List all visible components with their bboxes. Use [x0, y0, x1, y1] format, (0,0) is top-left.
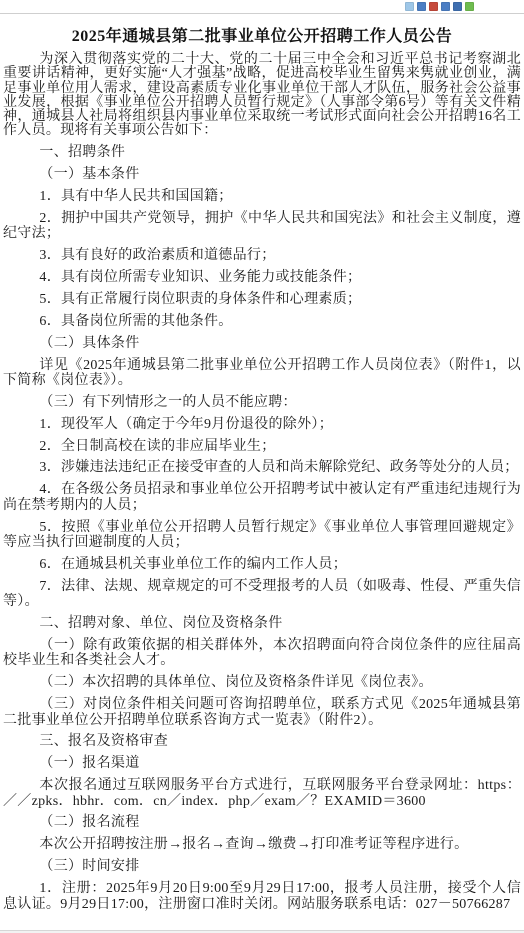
sub-heading: （三）时间安排	[3, 859, 521, 874]
paragraph: 2．全日制高校在读的非应届毕业生；	[3, 439, 521, 454]
share-icon-5[interactable]	[453, 2, 462, 11]
sub-heading: （一）基本条件	[3, 167, 521, 182]
paragraph: 2．拥护中国共产党领导，拥护《中华人民共和国宪法》和社会主义制度，遵纪守法；	[3, 211, 521, 242]
paragraph: 1．现役军人（确定于今年9月份退役的除外）；	[3, 417, 521, 432]
paragraph: 1．具有中华人民共和国国籍；	[3, 189, 521, 204]
announcement-page: { "toolbar": { "share_icons": [ { "name"…	[0, 0, 524, 933]
sub-heading: （二）具体条件	[3, 336, 521, 351]
paragraph: 3．具有良好的政治素质和道德品行；	[3, 248, 521, 263]
paragraph: 详见《2025年通城县第二批事业单位公开招聘工作人员岗位表》（附件1，以下简称《…	[3, 358, 521, 389]
paragraph: 3．涉嫌违法违纪正在接受审查的人员和尚未解除党纪、政务等处分的人员；	[3, 460, 521, 475]
paragraph: 6．在通城县机关事业单位工作的编内工作人员；	[3, 557, 521, 572]
sub-heading: （一）报名渠道	[3, 756, 521, 771]
share-icon-3[interactable]	[429, 2, 438, 11]
paragraph-registration-url: 本次报名通过互联网服务平台方式进行，互联网服务平台登录网址：https：／／zp…	[3, 778, 521, 809]
share-icon-4[interactable]	[441, 2, 450, 11]
sub-heading: （三）有下列情形之一的人员不能应聘：	[3, 395, 521, 410]
section-heading-3: 三、报名及资格审查	[3, 734, 521, 749]
share-icon-6[interactable]	[465, 2, 474, 11]
share-icon-2[interactable]	[417, 2, 426, 11]
paragraph: 4．具有岗位所需专业知识、业务能力或技能条件；	[3, 270, 521, 285]
page-title: 2025年通城县第二批事业单位公开招聘工作人员公告	[3, 23, 521, 46]
paragraph: （二）本次招聘的具体单位、岗位及资格条件详见《岗位表》。	[3, 675, 521, 690]
announcement-document: 2025年通城县第二批事业单位公开招聘工作人员公告 为深入贯彻落实党的二十大、党…	[0, 23, 524, 912]
paragraph-intro: 为深入贯彻落实党的二十大、党的二十届三中全会和习近平总书记考察湖北重要讲话精神，…	[3, 53, 521, 139]
paragraph: （三）对岗位条件相关问题可咨询招聘单位，联系方式见《2025年通城县第二批事业单…	[3, 697, 521, 728]
section-heading-1: 一、招聘条件	[3, 145, 521, 160]
paragraph: 4．在各级公务员招录和事业单位公开招聘考试中被认定有严重违纪违规行为尚在禁考期内…	[3, 482, 521, 513]
paragraph: 本次公开招聘按注册→报名→查询→缴费→打印准考证等程序进行。	[3, 837, 521, 852]
sub-heading: （二）报名流程	[3, 815, 521, 830]
paragraph: 7．法律、法规、规章规定的可不受理报考的人员（如吸毒、性侵、严重失信等）。	[3, 579, 521, 610]
paragraph: 5．按照《事业单位公开招聘人员暂行规定》《事业单位人事管理回避规定》等应当执行回…	[3, 520, 521, 551]
share-toolbar	[0, 0, 524, 14]
paragraph: 1．注册：2025年9月20日9:00至9月29日17:00，报考人员注册，接受…	[3, 881, 521, 912]
paragraph: （一）除有政策依据的相关群体外，本次招聘面向符合岗位条件的应往届高校毕业生和各类…	[3, 638, 521, 669]
paragraph: 5．具有正常履行岗位职责的身体条件和心理素质；	[3, 292, 521, 307]
section-heading-2: 二、招聘对象、单位、岗位及资格条件	[3, 616, 521, 631]
paragraph: 6．具备岗位所需的其他条件。	[3, 314, 521, 329]
share-icon-1[interactable]	[405, 2, 414, 11]
